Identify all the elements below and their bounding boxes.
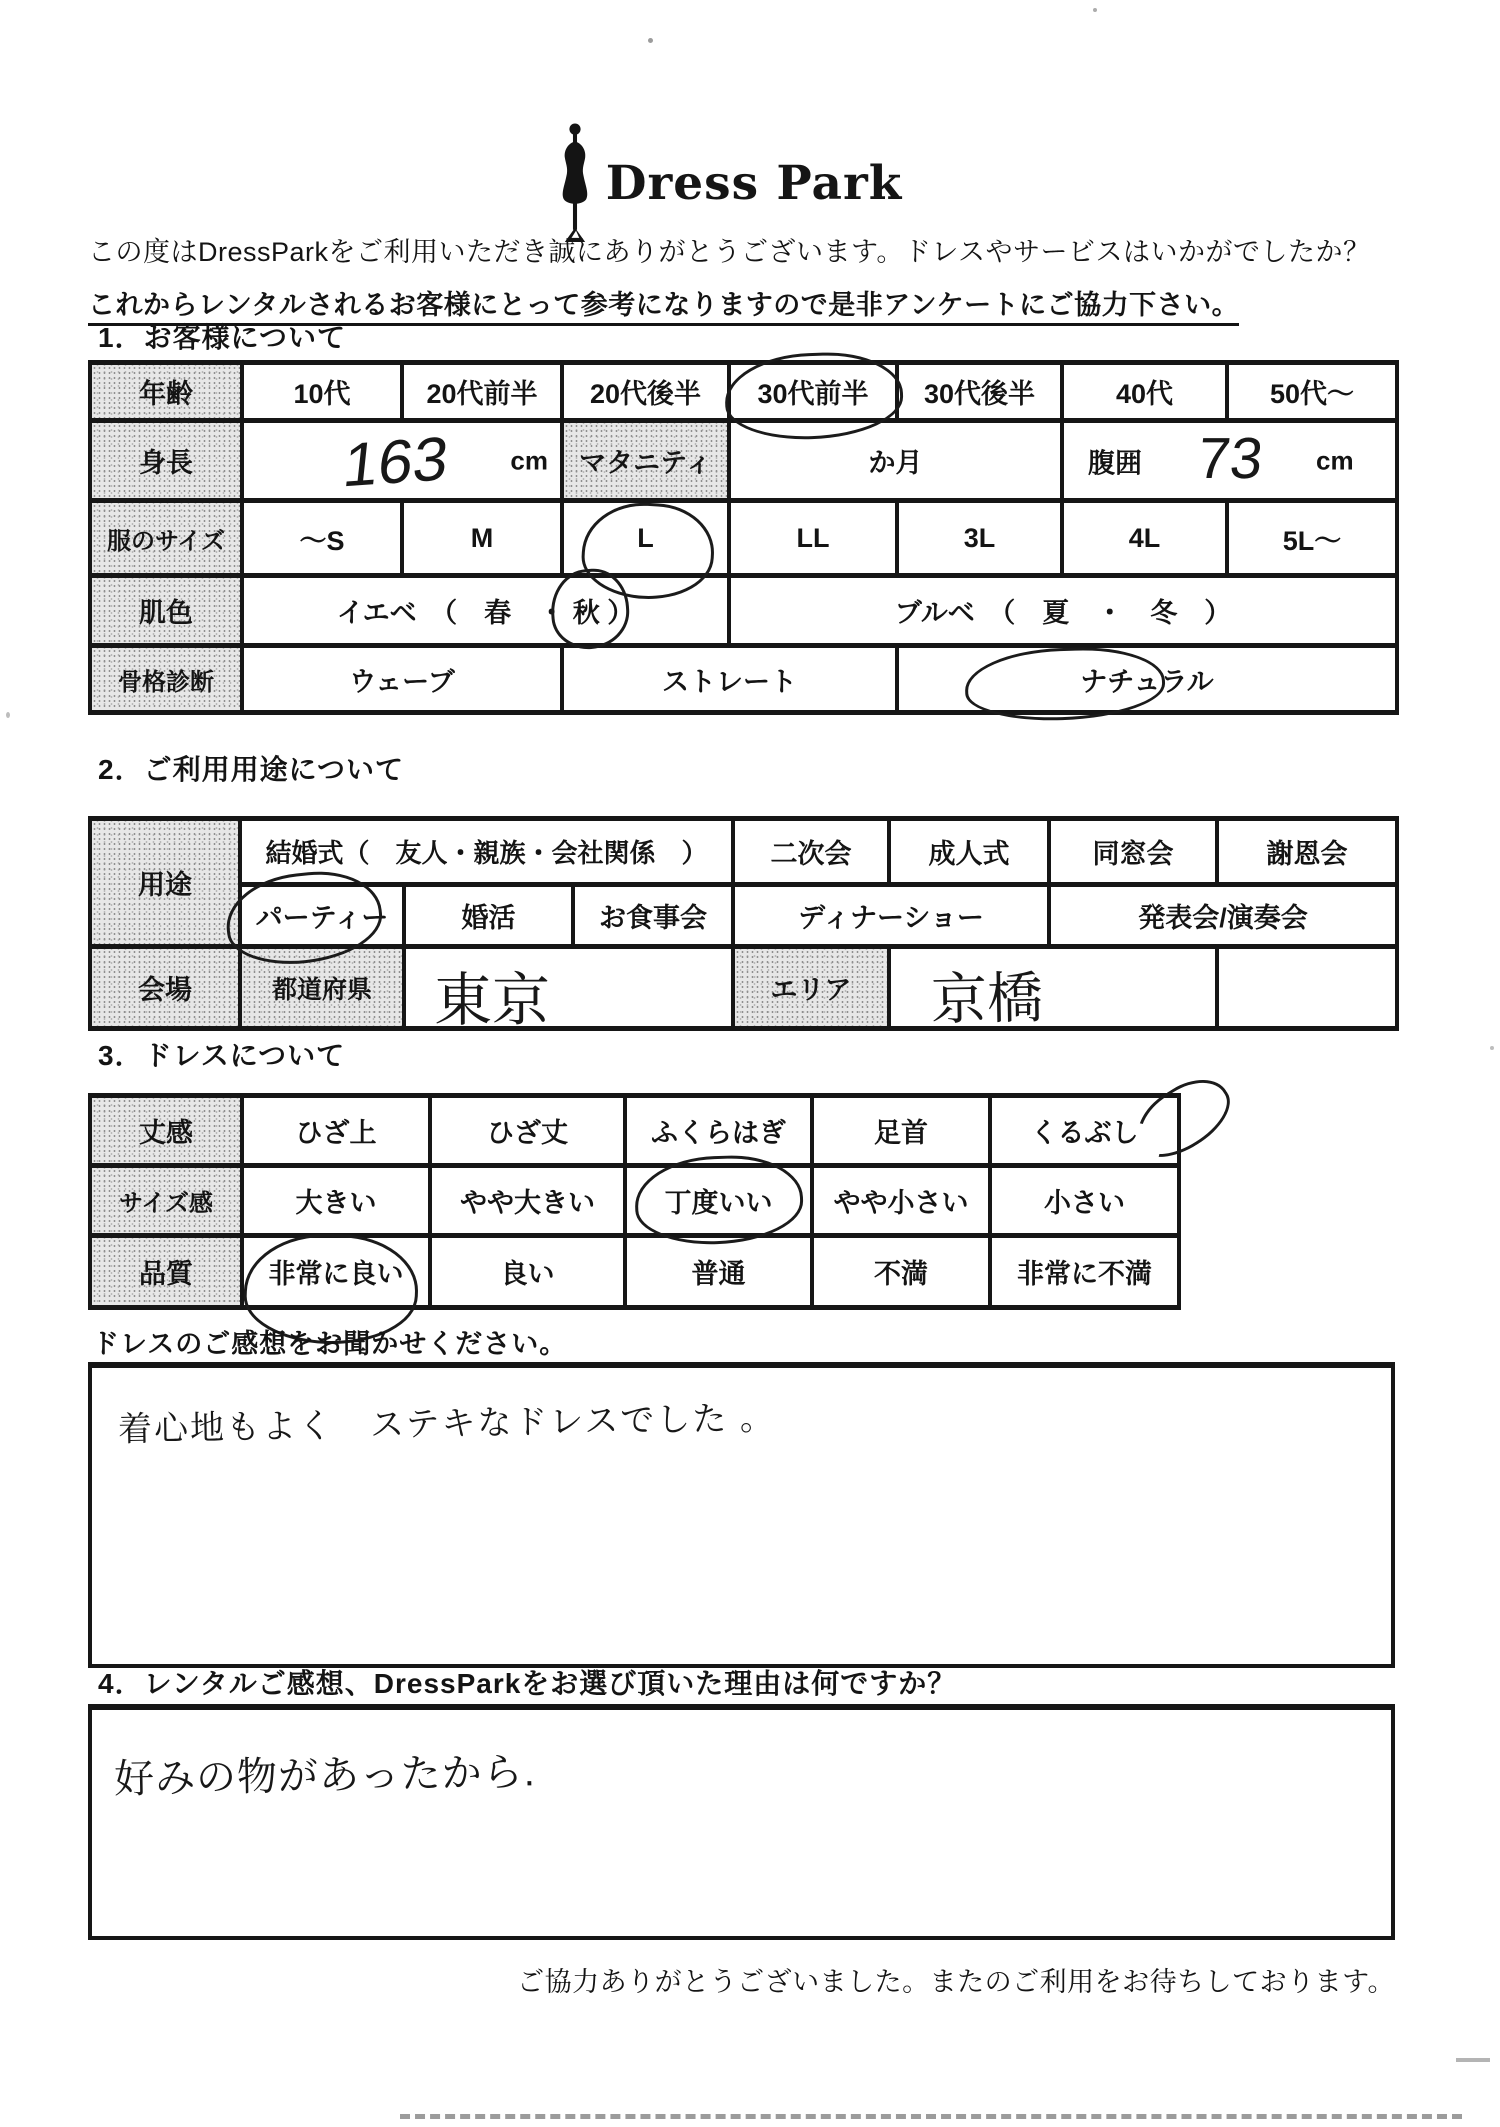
row-header-length: 丈感 bbox=[90, 1096, 242, 1166]
usage-option: ディナーショー bbox=[733, 885, 1049, 947]
age-option: 20代後半 bbox=[562, 363, 729, 421]
size-option-selected: L bbox=[562, 501, 729, 576]
scan-artifact-dot bbox=[6, 712, 10, 718]
length-option-label: くるぶし bbox=[1031, 1118, 1139, 1148]
waist-cell: 腹囲 73 cm bbox=[1062, 421, 1397, 501]
skin-blue-base-cell: ブルベ （ 夏 ・ 冬 ） bbox=[729, 576, 1397, 646]
section3-title: 3．ドレスについて bbox=[98, 1034, 345, 1074]
age-option: 10代 bbox=[242, 363, 402, 421]
fit-option: やや大きい bbox=[430, 1166, 625, 1236]
age-option: 30代後半 bbox=[897, 363, 1062, 421]
usage-option: 二次会 bbox=[733, 819, 889, 885]
area-label: エリア bbox=[733, 947, 889, 1029]
quality-row: 品質 非常に良い 良い 普通 不満 非常に不満 bbox=[90, 1236, 1179, 1308]
size-option: M bbox=[402, 501, 562, 576]
age-option: 40代 bbox=[1062, 363, 1227, 421]
usage-option: お食事会 bbox=[573, 885, 733, 947]
fit-row: サイズ感 大きい やや大きい 丁度いい やや小さい 小さい bbox=[90, 1166, 1179, 1236]
section2-title: 2．ご利用用途について bbox=[98, 748, 404, 788]
row-header-skeleton: 骨格診断 bbox=[90, 646, 242, 713]
length-option: 足首 bbox=[812, 1096, 990, 1166]
dress-table: 丈感 ひざ上 ひざ丈 ふくらはぎ 足首 くるぶし サイズ感 大きい やや大きい … bbox=[88, 1093, 1181, 1310]
usage-option: 結婚式（ 友人・親族・会社関係 ） bbox=[240, 819, 733, 885]
usage-row-2: パーティー 婚活 お食事会 ディナーショー 発表会/演奏会 bbox=[90, 885, 1397, 947]
quality-option: 良い bbox=[430, 1236, 625, 1308]
scanned-survey-page: Dress Park この度はDressParkをご利用いただき誠にありがとうご… bbox=[0, 0, 1500, 2127]
scan-artifact-line bbox=[400, 2114, 1462, 2119]
skeleton-option-selected: ナチュラル bbox=[897, 646, 1397, 713]
length-option: ひざ丈 bbox=[430, 1096, 625, 1166]
scan-artifact-dot bbox=[1490, 1046, 1494, 1050]
row-header-height: 身長 bbox=[90, 421, 242, 501]
age-option: 50代～ bbox=[1227, 363, 1397, 421]
age-option-label: 30代前半 bbox=[757, 379, 868, 409]
row-header-quality: 品質 bbox=[90, 1236, 242, 1308]
quality-option-label: 非常に良い bbox=[269, 1259, 404, 1289]
reason-comment-box: 好みの物があったから. bbox=[88, 1704, 1395, 1940]
height-value-cell: 163 cm bbox=[242, 421, 562, 501]
usage-option-selected: パーティー bbox=[240, 885, 404, 947]
size-option: LL bbox=[729, 501, 897, 576]
handwritten-reason-comment: 好みの物があったから. bbox=[114, 1740, 537, 1804]
height-row: 身長 163 cm マタニティ か月 腹囲 73 cm bbox=[90, 421, 1397, 501]
maternity-label: マタニティ bbox=[562, 421, 729, 501]
waist-label: 腹囲 bbox=[1088, 441, 1142, 480]
age-option: 20代前半 bbox=[402, 363, 562, 421]
age-row: 年齢 10代 20代前半 20代後半 30代前半 30代後半 40代 50代～ bbox=[90, 363, 1397, 421]
skeleton-row: 骨格診断 ウェーブ ストレート ナチュラル bbox=[90, 646, 1397, 713]
usage-table: 用途 結婚式（ 友人・親族・会社関係 ） 二次会 成人式 同窓会 謝恩会 パーテ… bbox=[88, 816, 1399, 1031]
quality-option-selected: 非常に良い bbox=[242, 1236, 430, 1308]
size-option: 5L～ bbox=[1227, 501, 1397, 576]
skin-yellow-prefix: イエベ （ 春 ・ bbox=[337, 598, 565, 628]
usage-option-label: パーティー bbox=[256, 903, 389, 933]
handwritten-dress-comment: 着心地もよく ステキなドレスでした 。 bbox=[118, 1390, 777, 1450]
height-unit-label: cm bbox=[510, 445, 548, 476]
skeleton-option: ストレート bbox=[562, 646, 897, 713]
usage-option: 発表会/演奏会 bbox=[1049, 885, 1397, 947]
handwritten-area: 京橋 bbox=[930, 954, 1043, 1036]
usage-option: 婚活 bbox=[404, 885, 573, 947]
skin-autumn-selected: 秋 bbox=[573, 591, 600, 630]
row-header-skin: 肌色 bbox=[90, 576, 242, 646]
handwritten-height-value: 163 bbox=[340, 423, 452, 501]
customer-info-table: 年齢 10代 20代前半 20代後半 30代前半 30代後半 40代 50代～ … bbox=[88, 360, 1399, 715]
intro-line1: この度はDressParkをご利用いただき誠にありがとうございます。ドレスやサー… bbox=[88, 230, 1428, 269]
skeleton-option: ウェーブ bbox=[242, 646, 562, 713]
usage-option: 謝恩会 bbox=[1217, 819, 1397, 885]
area-value-cell: 京橋 bbox=[889, 947, 1217, 1029]
handwritten-check-ankle bbox=[1124, 1066, 1242, 1171]
size-option: 4L bbox=[1062, 501, 1227, 576]
intro-text: この度はDressParkをご利用いただき誠にありがとうございます。ドレスやサー… bbox=[88, 230, 1428, 322]
age-option-selected: 30代前半 bbox=[729, 363, 897, 421]
dress-comment-label: ドレスのご感想をお聞かせください。 bbox=[92, 1322, 567, 1361]
skin-yellow-suffix: ） bbox=[607, 598, 634, 628]
handwritten-waist-value: 73 bbox=[1194, 425, 1266, 492]
venue-row: 会場 都道府県 東京 エリア 京橋 bbox=[90, 947, 1397, 1029]
dress-form-icon bbox=[554, 122, 596, 244]
length-row: 丈感 ひざ上 ひざ丈 ふくらはぎ 足首 くるぶし bbox=[90, 1096, 1179, 1166]
closing-note: ご協力ありがとうございました。またのご利用をお待ちしております。 bbox=[88, 1960, 1395, 1999]
quality-option: 非常に不満 bbox=[990, 1236, 1179, 1308]
length-option: ふくらはぎ bbox=[625, 1096, 812, 1166]
size-option: ～S bbox=[242, 501, 402, 576]
fit-option: 大きい bbox=[242, 1166, 430, 1236]
fit-option-selected: 丁度いい bbox=[625, 1166, 812, 1236]
prefecture-value-cell: 東京 bbox=[404, 947, 733, 1029]
dress-comment-box: 着心地もよく ステキなドレスでした 。 bbox=[88, 1362, 1395, 1668]
row-header-fit: サイズ感 bbox=[90, 1166, 242, 1236]
fit-option: やや小さい bbox=[812, 1166, 990, 1236]
waist-unit-label: cm bbox=[1316, 445, 1354, 476]
row-header-venue: 会場 bbox=[90, 947, 240, 1029]
row-header-size: 服のサイズ bbox=[90, 501, 242, 576]
prefecture-label: 都道府県 bbox=[240, 947, 404, 1029]
fit-option-label: 丁度いい bbox=[665, 1188, 773, 1218]
section4-title: 4．レンタルご感想、DressParkをお選び頂いた理由は何ですか？ bbox=[98, 1662, 956, 1702]
skin-yellow-base-cell: イエベ （ 春 ・ 秋 ） bbox=[242, 576, 729, 646]
skeleton-option-label: ナチュラル bbox=[1080, 667, 1213, 697]
maternity-months-label: か月 bbox=[729, 421, 1062, 501]
length-option-selected: くるぶし bbox=[990, 1096, 1179, 1166]
row-header-age: 年齢 bbox=[90, 363, 242, 421]
scan-artifact-line bbox=[1456, 2058, 1490, 2062]
handwritten-prefecture: 東京 bbox=[434, 953, 550, 1037]
scan-artifact-dot bbox=[648, 38, 653, 43]
size-option: 3L bbox=[897, 501, 1062, 576]
usage-option: 成人式 bbox=[889, 819, 1049, 885]
venue-row-empty-space bbox=[1217, 947, 1397, 1029]
size-option-label: L bbox=[637, 523, 654, 553]
quality-option: 普通 bbox=[625, 1236, 812, 1308]
fit-option: 小さい bbox=[990, 1166, 1179, 1236]
row-header-usage: 用途 bbox=[90, 819, 240, 947]
skin-autumn-label: 秋 bbox=[573, 598, 600, 628]
usage-row-1: 用途 結婚式（ 友人・親族・会社関係 ） 二次会 成人式 同窓会 謝恩会 bbox=[90, 819, 1397, 885]
length-option: ひざ上 bbox=[242, 1096, 430, 1166]
clothing-size-row: 服のサイズ ～S M L LL 3L 4L 5L～ bbox=[90, 501, 1397, 576]
brand-name: Dress Park bbox=[606, 156, 903, 211]
quality-option: 不満 bbox=[812, 1236, 990, 1308]
skin-tone-row: 肌色 イエベ （ 春 ・ 秋 ） ブルベ （ 夏 ・ 冬 ） bbox=[90, 576, 1397, 646]
usage-option: 同窓会 bbox=[1049, 819, 1217, 885]
section1-title: 1．お客様について bbox=[98, 316, 346, 356]
scan-artifact-dot bbox=[1093, 8, 1097, 12]
brand-logo: Dress Park bbox=[0, 122, 1478, 244]
